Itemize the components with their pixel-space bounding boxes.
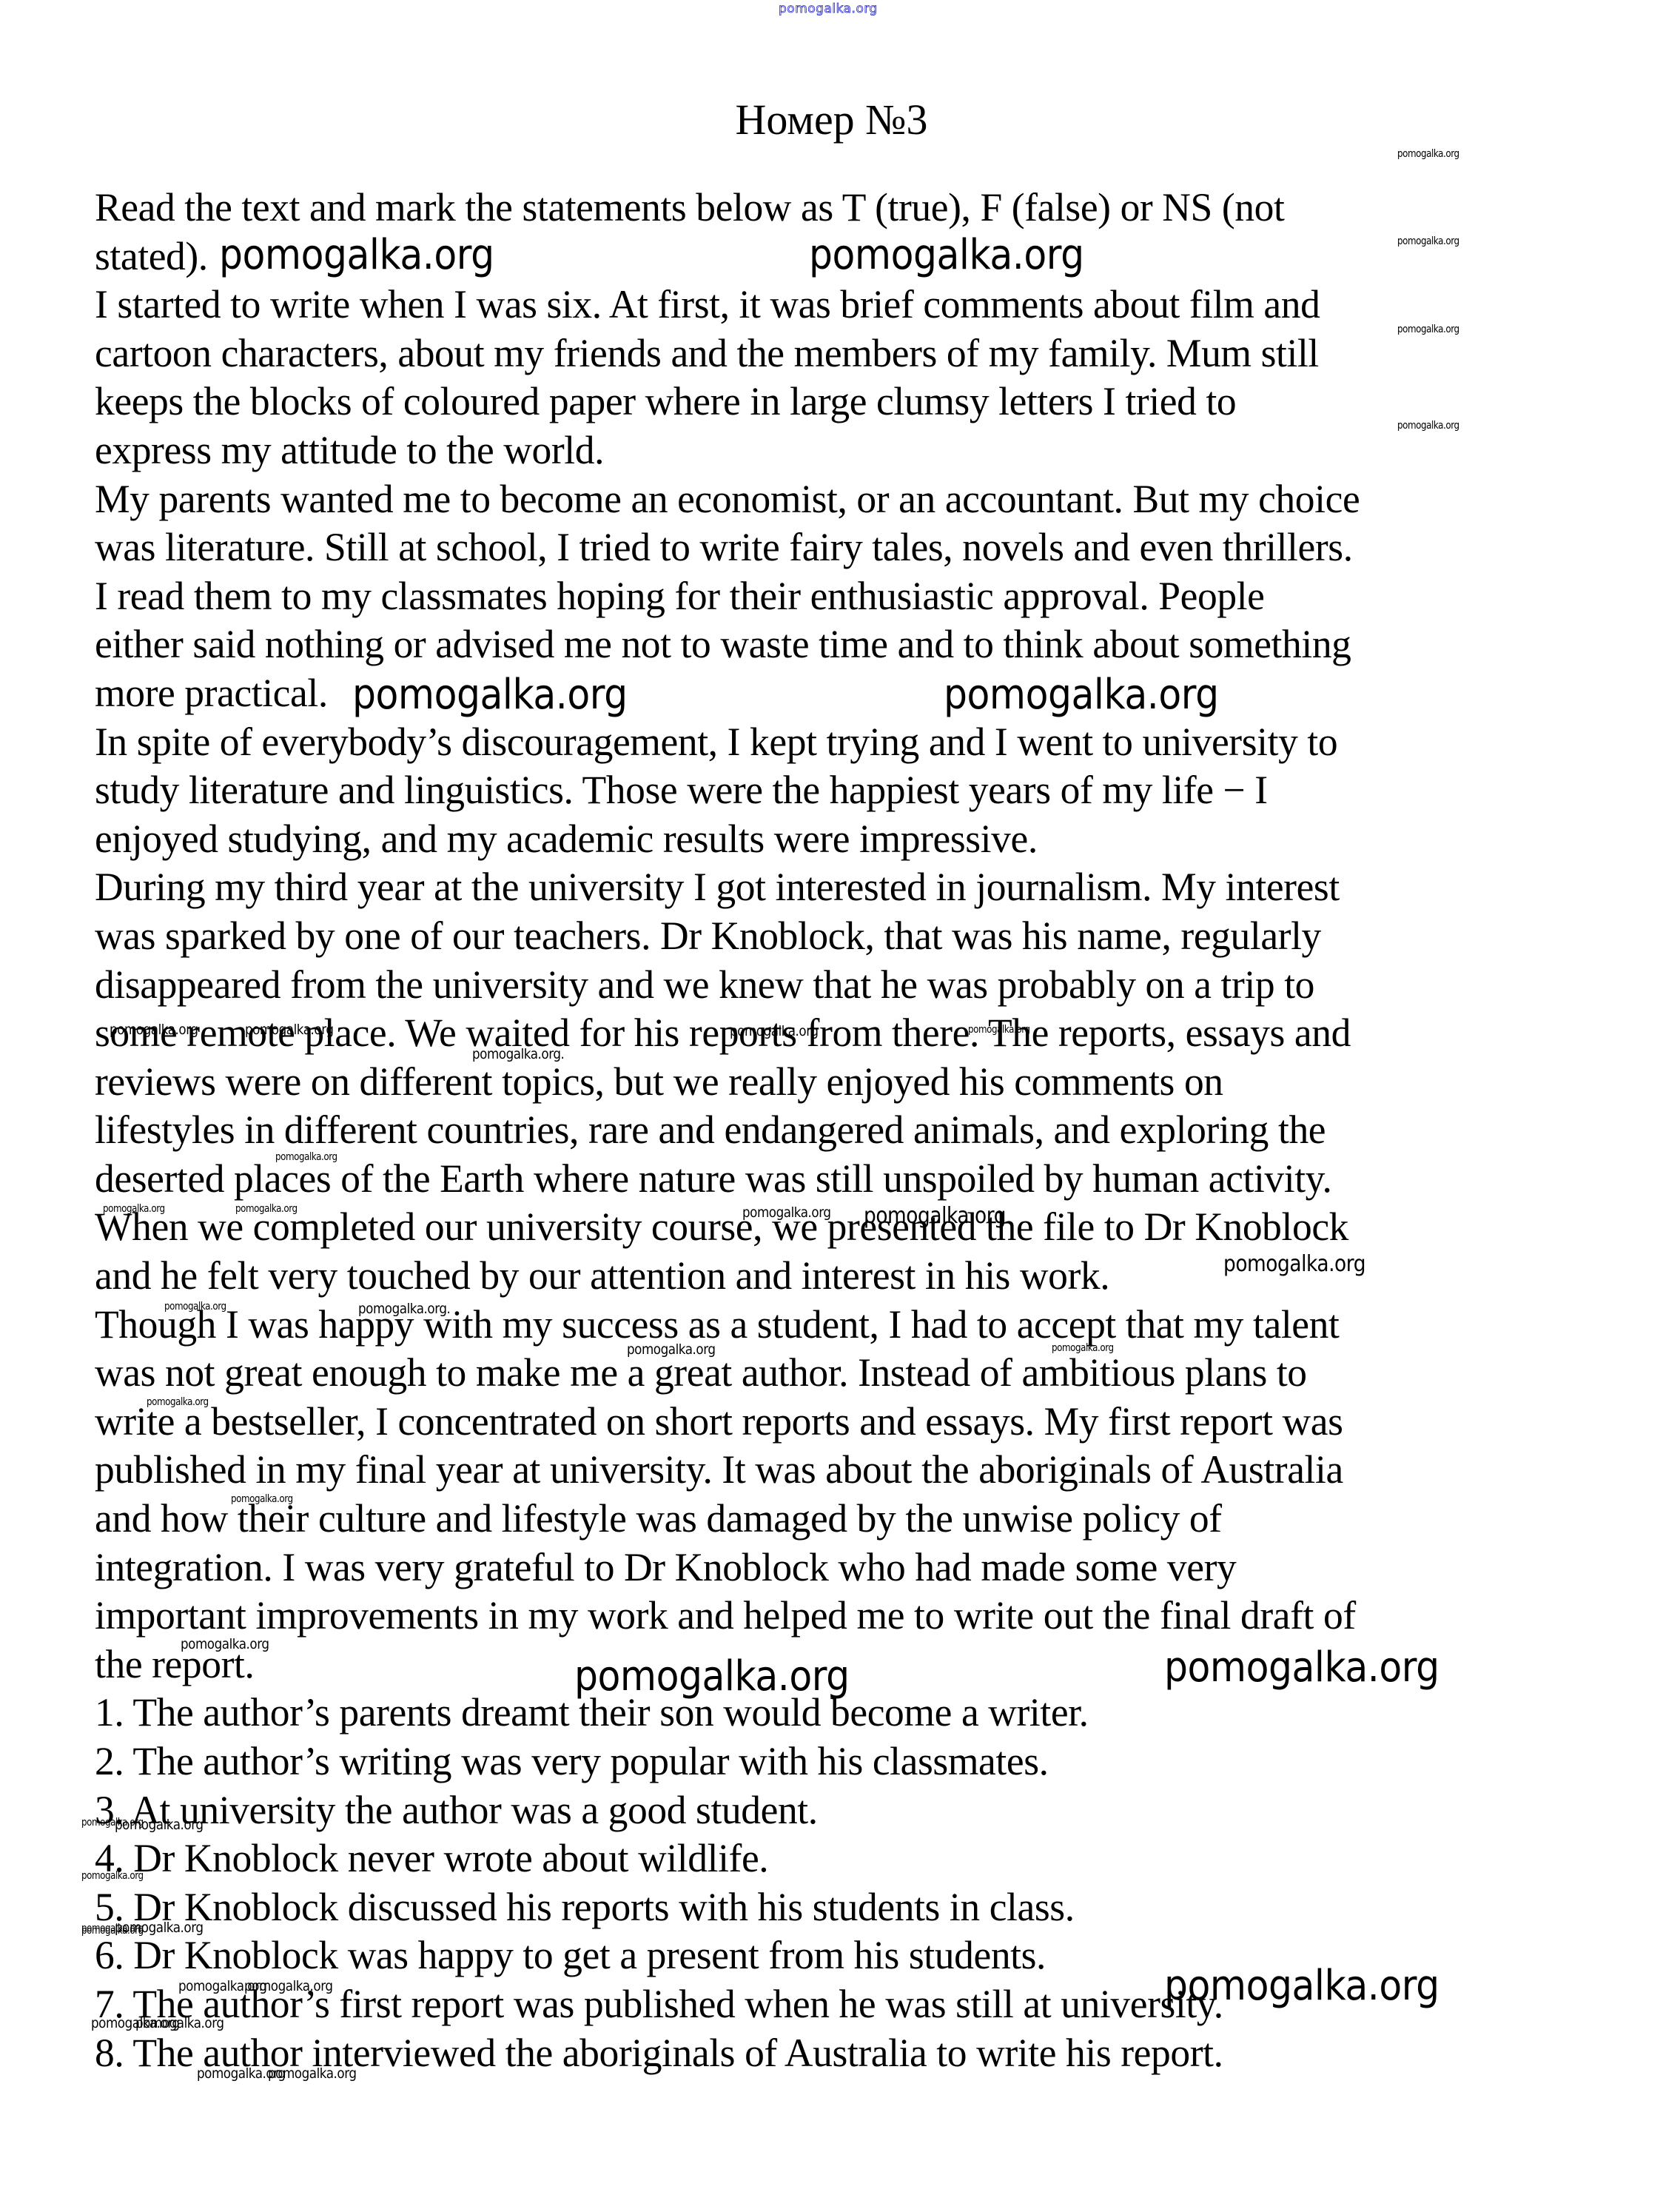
watermark: pomogalka.org — [1164, 1962, 1439, 2010]
watermark: pomogalka.org — [147, 1396, 209, 1408]
watermark: pomogalka.org. — [358, 1301, 450, 1317]
watermark: pomogalka.org — [1164, 1643, 1439, 1692]
text-line: study literature and linguistics. Those … — [95, 766, 1523, 815]
watermark: pomogalka.org — [103, 1203, 165, 1215]
watermark: pomogalka.org — [1397, 235, 1459, 247]
page-title: Номер №3 — [0, 95, 1663, 144]
watermark: pomogalka.org. — [472, 1046, 564, 1062]
text-line: lifestyles in different countries, rare … — [95, 1106, 1523, 1155]
watermark: pomogalka.org — [244, 1978, 333, 1994]
watermark: pomogalka.org — [864, 1203, 1006, 1229]
watermark: pomogalka.org — [1397, 148, 1459, 160]
text-line: was not great enough to make me a great … — [95, 1349, 1523, 1398]
watermark: pomogalka.org — [1052, 1342, 1114, 1354]
text-line: Read the text and mark the statements be… — [95, 184, 1523, 232]
watermark: pomogalka.org — [352, 671, 628, 719]
text-line: was literature. Still at school, I tried… — [95, 523, 1523, 572]
text-line: reviews were on different topics, but we… — [95, 1058, 1523, 1107]
watermark: pomogalka.org — [81, 1870, 144, 1882]
text-line: was sparked by one of our teachers. Dr K… — [95, 912, 1523, 961]
document-page: pomogalka.org Номер №3 Read the text and… — [0, 0, 1663, 2212]
watermark: pomogalka.org — [742, 1204, 831, 1221]
watermark: pomogalka.org — [115, 1817, 204, 1833]
watermark: pomogalka.org — [1397, 420, 1459, 432]
text-line: write a bestseller, I concentrated on sh… — [95, 1398, 1523, 1447]
watermark: pomogalka.org — [245, 1022, 334, 1038]
watermark: pomogalka.org — [268, 2065, 357, 2082]
text-line: disappeared from the university and we k… — [95, 961, 1523, 1010]
watermark: pomogalka.org — [219, 231, 494, 279]
watermark: pomogalka.org — [181, 1636, 269, 1652]
watermark: pomogalka.org — [81, 1925, 144, 1937]
watermark: pomogalka.org — [730, 1023, 819, 1039]
watermark: pomogalka.org — [235, 1203, 298, 1215]
watermark: pomogalka.org — [231, 1493, 293, 1505]
text-line: My parents wanted me to become an econom… — [95, 475, 1523, 524]
site-watermark-header: pomogalka.org — [779, 1, 867, 16]
watermark: pomogalka.org — [164, 1301, 226, 1313]
statement-item: 4. Dr Knoblock never wrote about wildlif… — [95, 1834, 1523, 1883]
statement-item: 5. Dr Knoblock discussed his reports wit… — [95, 1883, 1523, 1932]
statement-item: 2. The author’s writing was very popular… — [95, 1737, 1523, 1786]
text-line: and how their culture and lifestyle was … — [95, 1495, 1523, 1544]
text-line: express my attitude to the world. — [95, 426, 1523, 475]
watermark: pomogalka.org — [110, 1022, 198, 1038]
text-line: I read them to my classmates hoping for … — [95, 572, 1523, 621]
watermark: pomogalka.org — [275, 1151, 337, 1163]
text-line: either said nothing or advised me not to… — [95, 620, 1523, 669]
text-line: cartoon characters, about my friends and… — [95, 329, 1523, 378]
statement-item: 3. At university the author was a good s… — [95, 1786, 1523, 1835]
text-line: integration. I was very grateful to Dr K… — [95, 1544, 1523, 1592]
watermark: pomogalka.org — [135, 2015, 224, 2031]
watermark: pomogalka.org — [1223, 1251, 1365, 1277]
text-line: keeps the blocks of coloured paper where… — [95, 378, 1523, 426]
text-line: more practical. — [95, 669, 1523, 718]
watermark: pomogalka.org — [627, 1341, 716, 1358]
text-line: enjoyed studying, and my academic result… — [95, 815, 1523, 864]
watermark: pomogalka.org — [968, 1024, 1030, 1036]
text-line: Though I was happy with my success as a … — [95, 1301, 1523, 1350]
text-line: In spite of everybody’s discouragement, … — [95, 718, 1523, 767]
text-line: published in my final year at university… — [95, 1446, 1523, 1495]
text-line: During my third year at the university I… — [95, 863, 1523, 912]
text-line: I started to write when I was six. At fi… — [95, 281, 1523, 329]
watermark: pomogalka.org — [574, 1652, 850, 1700]
watermark: pomogalka.org — [1397, 324, 1459, 335]
watermark: pomogalka.org — [809, 231, 1084, 279]
watermark: pomogalka.org — [944, 671, 1219, 719]
reading-passage: Read the text and mark the statements be… — [95, 184, 1523, 2077]
text-line: important improvements in my work and he… — [95, 1592, 1523, 1640]
